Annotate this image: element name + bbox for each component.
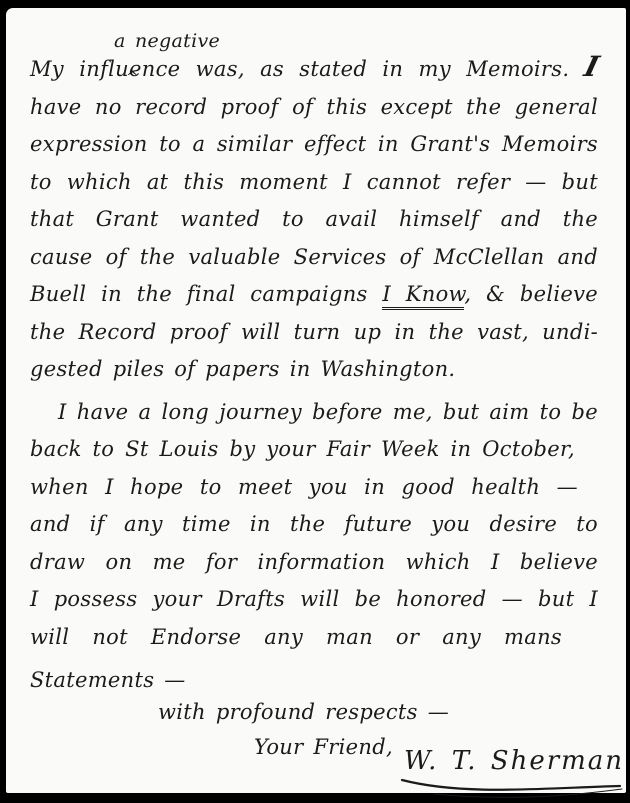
letter-line-13: and if any time in the future you desire… bbox=[30, 512, 598, 546]
letter-line-15: I possess your Drafts will be honored — … bbox=[30, 587, 598, 621]
letter-line-7: Buell in the final campaigns I Know, & b… bbox=[30, 282, 598, 316]
signature-flourish bbox=[394, 772, 626, 800]
letter-line-5: that Grant wanted to avail himself and t… bbox=[30, 207, 598, 241]
letter-line-8: the Record proof will turn up in the vas… bbox=[30, 320, 598, 354]
letter-line-16: will not Endorse any man or any mans bbox=[30, 625, 562, 659]
letter-line-3: expression to a similar effect in Grant'… bbox=[30, 132, 598, 166]
letter-line-4: to which at this moment I cannot refer —… bbox=[30, 170, 598, 204]
interline-insertion: a negative bbox=[114, 30, 220, 52]
letter-paper: a negative ^ My influence was, as stated… bbox=[6, 8, 626, 793]
closing-friend: Your Friend, bbox=[254, 735, 393, 759]
letter-line-2: have no record proof of this except the … bbox=[30, 95, 598, 129]
letter-line-17: Statements — bbox=[30, 668, 598, 702]
underlined-phrase: I Know bbox=[382, 282, 464, 310]
letter-line-1: My influence was, as stated in my Memoir… bbox=[30, 57, 598, 91]
letter-line-10: I have a long journey before me, but aim… bbox=[30, 400, 598, 434]
letter-line-11: back to St Louis by your Fair Week in Oc… bbox=[30, 437, 575, 471]
line-7-pre: Buell in the final campaigns bbox=[30, 282, 368, 306]
letter-line-6: cause of the valuable Services of McClel… bbox=[30, 245, 598, 279]
line-7-post: , & believe bbox=[464, 282, 598, 306]
letter-line-9: gested piles of papers in Washington. bbox=[30, 357, 598, 391]
closing-respects: with profound respects — bbox=[158, 700, 449, 724]
line-1-text: My influence was, as stated in my Memoir… bbox=[30, 57, 569, 81]
emphatic-capital-i: I bbox=[582, 57, 600, 77]
letter-line-14: draw on me for information which I belie… bbox=[30, 550, 598, 584]
letter-line-12: when I hope to meet you in good health — bbox=[30, 475, 578, 509]
